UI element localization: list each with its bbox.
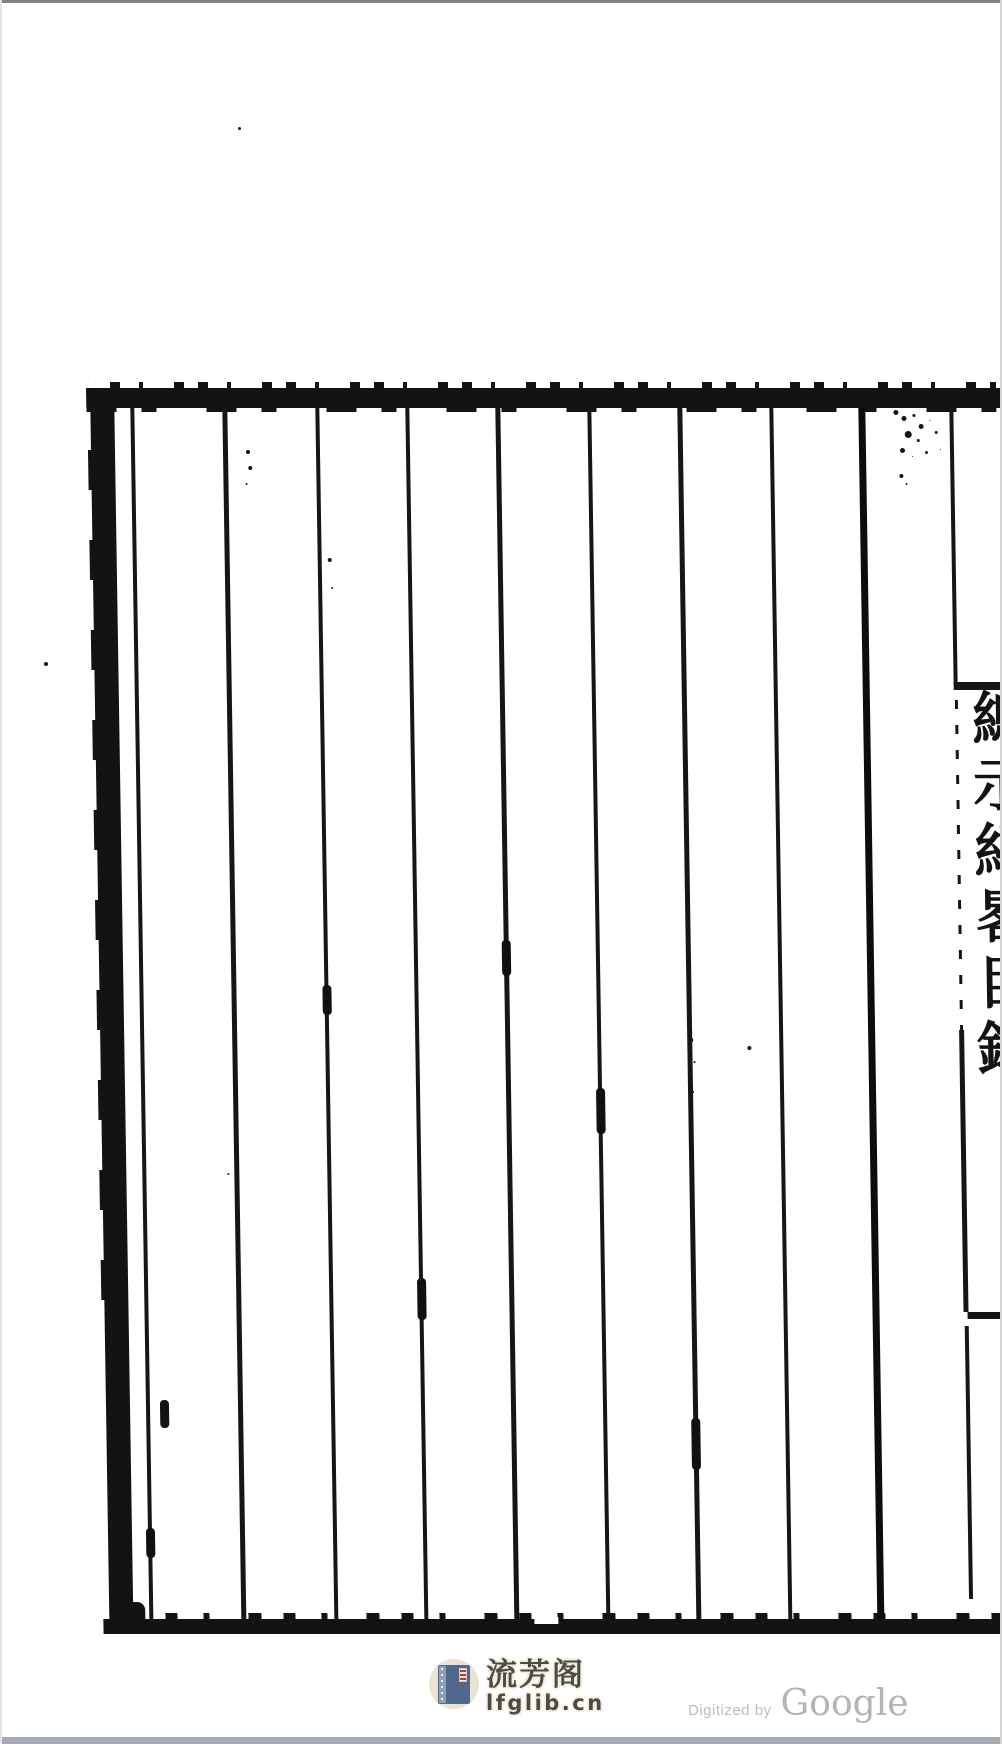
ink-blotch	[596, 1088, 606, 1134]
digitized-by-label: Digitized by	[688, 1702, 772, 1719]
column-line-1	[130, 408, 153, 1619]
scanned-book-page: { "document": { "kind": "scanned traditi…	[0, 0, 1002, 1744]
ink-blotch	[502, 940, 512, 976]
frame-border-left	[90, 390, 133, 1630]
scan-edge-left	[0, 0, 2, 1744]
book-stitching-icon	[439, 1666, 446, 1703]
column-line-3	[315, 408, 338, 1619]
spine-rule-tick	[968, 1312, 1002, 1319]
lfglib-watermark: 流芳阁 lfglib.cn	[429, 1659, 605, 1715]
watermark-site-domain: lfglib.cn	[486, 1691, 605, 1715]
column-line-6	[587, 408, 610, 1619]
ink-blotch	[160, 1400, 169, 1428]
column-line-7	[677, 408, 701, 1619]
frame-corner	[111, 1602, 145, 1630]
lfglib-logo	[429, 1659, 479, 1709]
spine-rule	[949, 408, 957, 684]
scan-edge-bottom	[0, 1737, 1002, 1744]
ink-blotch	[146, 1528, 155, 1558]
column-line-8	[769, 408, 792, 1619]
book-title-label-icon	[459, 1668, 467, 1682]
spine-title: 總示紀畧目録	[967, 688, 1002, 1148]
center-column-line	[858, 408, 884, 1619]
ink-speck	[44, 662, 48, 666]
border-ink-gap	[534, 1617, 558, 1624]
ink-blotch	[322, 985, 331, 1015]
spine-rule	[965, 1326, 973, 1599]
ink-blotch	[691, 1418, 701, 1470]
frame-border-top	[86, 388, 1002, 408]
google-logo: Google	[781, 1688, 909, 1720]
ink-blotch	[417, 1278, 427, 1320]
ink-speck	[246, 450, 250, 454]
column-line-2	[222, 408, 246, 1619]
ink-speck	[238, 127, 241, 130]
column-line-5	[495, 408, 519, 1619]
book-cover-icon	[438, 1665, 470, 1704]
digitized-by-mark: Digitized by Google	[688, 1688, 909, 1720]
watermark-site-name: 流芳阁	[486, 1659, 605, 1692]
column-line-4	[405, 408, 428, 1619]
page-frame: 總示紀畧目録	[90, 388, 1002, 1634]
ink-speck-cluster	[893, 410, 898, 415]
scan-edge-top	[0, 0, 1002, 3]
